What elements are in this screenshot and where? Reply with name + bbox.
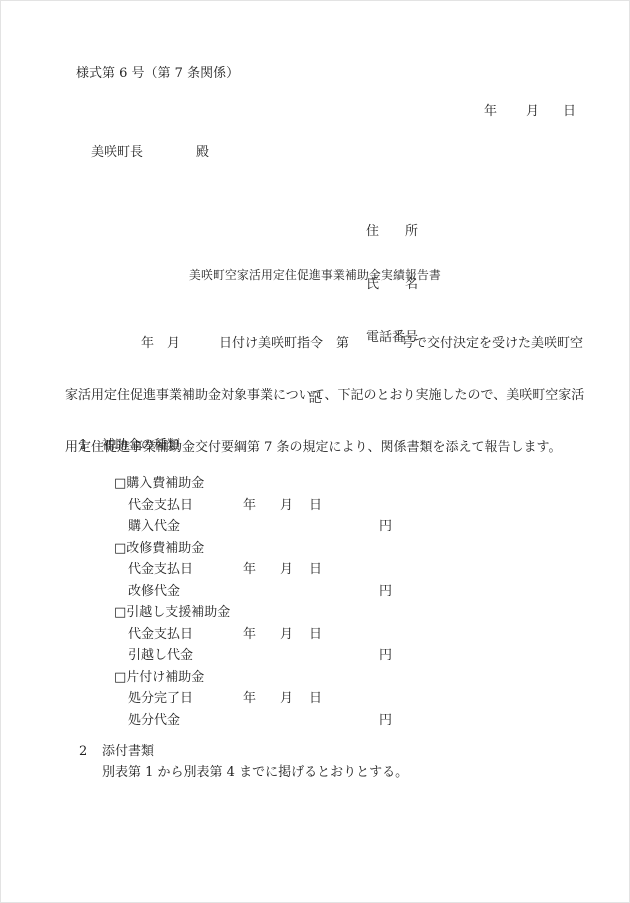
document-title: 美咲町空家活用定住促進事業補助金実績報告書 (1, 269, 629, 283)
paragraph-line: 年 月 日付け美咲町指令 第 号で交付決定を受けた美咲町空 (65, 333, 577, 355)
addressee-title: 美咲町長 (91, 146, 143, 161)
subsidy-type-row: □購入費補助金 (1, 473, 629, 495)
checkbox-icon: □ (114, 541, 126, 556)
issue-date-year-label: 年 (484, 105, 497, 120)
amount-row: 購入代金 円 (1, 516, 629, 538)
subsidy-items: □購入費補助金 代金支払日 年 月 日 購入代金 円 □改修費補助金 代金支払日… (1, 473, 629, 731)
payment-date-label: 代金支払日 (128, 624, 193, 646)
year-label: 年 (243, 559, 256, 581)
subsidy-type-label: 引越し支援補助金 (126, 605, 230, 620)
checkbox-icon: □ (114, 605, 126, 620)
payment-date-label: 代金支払日 (128, 495, 193, 517)
subsidy-type-label: 購入費補助金 (126, 476, 204, 491)
issue-date-day-label: 日 (563, 105, 576, 120)
section-1-number: 1 (79, 439, 87, 454)
section-2-number: 2 (79, 745, 87, 760)
addressee-honorific: 殿 (196, 146, 209, 161)
section-1-heading: 1 補助金の種類 (1, 439, 629, 455)
subsidy-type-row: □片付け補助金 (1, 667, 629, 689)
day-label: 日 (309, 624, 322, 646)
amount-row: 改修代金 円 (1, 581, 629, 603)
yen-unit-label: 円 (379, 516, 392, 538)
sender-address-label: 住 所 (366, 220, 418, 243)
month-label: 月 (280, 495, 293, 517)
subsidy-type-label: 改修費補助金 (126, 541, 204, 556)
payment-date-label: 代金支払日 (128, 559, 193, 581)
record-separator: 記 (1, 392, 629, 407)
subsidy-type-row: □引越し支援補助金 (1, 602, 629, 624)
checkbox-icon: □ (114, 670, 126, 685)
month-label: 月 (280, 559, 293, 581)
yen-unit-label: 円 (379, 581, 392, 603)
form-number: 様式第 6 号（第 7 条関係） (76, 67, 239, 82)
year-label: 年 (243, 688, 256, 710)
payment-date-row: 代金支払日 年 月 日 (1, 559, 629, 581)
report-form-page: 様式第 6 号（第 7 条関係） 年 月 日 美咲町長 殿 住 所 氏 名 電話… (0, 0, 630, 903)
payment-date-row: 代金支払日 年 月 日 (1, 624, 629, 646)
year-label: 年 (243, 624, 256, 646)
addressee-line: 美咲町長 殿 (1, 146, 629, 162)
day-label: 日 (309, 688, 322, 710)
subsidy-type-row: □改修費補助金 (1, 538, 629, 560)
year-label: 年 (243, 495, 256, 517)
amount-row: 処分代金 円 (1, 710, 629, 732)
yen-unit-label: 円 (379, 645, 392, 667)
amount-label: 処分代金 (128, 710, 180, 732)
payment-date-row: 処分完了日 年 月 日 (1, 688, 629, 710)
subsidy-type-label: 片付け補助金 (126, 670, 204, 685)
day-label: 日 (309, 495, 322, 517)
section-1-title: 補助金の種類 (102, 439, 180, 454)
issue-date-line: 年 月 日 (1, 105, 629, 121)
issue-date-month-label: 月 (526, 105, 539, 120)
amount-row: 引越し代金 円 (1, 645, 629, 667)
yen-unit-label: 円 (379, 710, 392, 732)
section-2-title: 添付書類 (102, 745, 154, 760)
payment-date-label: 処分完了日 (128, 688, 193, 710)
day-label: 日 (309, 559, 322, 581)
month-label: 月 (280, 624, 293, 646)
checkbox-icon: □ (114, 476, 126, 491)
amount-label: 改修代金 (128, 581, 180, 603)
amount-label: 引越し代金 (128, 645, 193, 667)
amount-label: 購入代金 (128, 516, 180, 538)
attachment-note: 別表第 1 から別表第 4 までに掲げるとおりとする。 (102, 766, 408, 781)
section-2-heading: 2 添付書類 (1, 745, 629, 761)
month-label: 月 (280, 688, 293, 710)
payment-date-row: 代金支払日 年 月 日 (1, 495, 629, 517)
